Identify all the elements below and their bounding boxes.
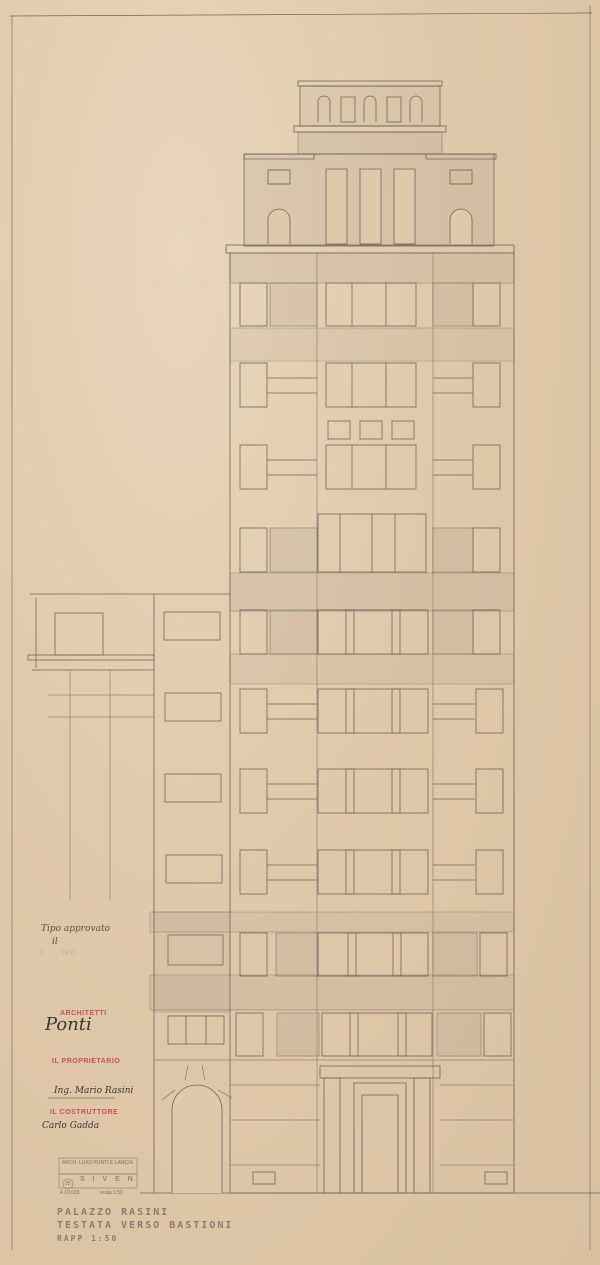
architect-signature: Ponti <box>45 1014 92 1035</box>
registry-header: ARCH. LUIGI PONTI E LANCIA <box>62 1160 133 1166</box>
builder-stamp: IL COSTRUTTORE <box>50 1109 118 1116</box>
registry-ref: 4.10.633 <box>60 1190 79 1196</box>
drawing-subtitle: TESTATA VERSO BASTIONI <box>57 1219 233 1232</box>
drawing-scale: RAPP 1:50 <box>57 1232 233 1245</box>
approval-note-line1: Tipo approvato <box>41 924 110 934</box>
owner-stamp: IL PROPRIETARIO <box>52 1058 120 1065</box>
drawing-title: PALAZZO RASINI <box>57 1206 233 1219</box>
owner-signature: Ing. Mario Rasini <box>54 1086 133 1096</box>
registry-number: 25 <box>65 1181 71 1187</box>
drawing-sheet: Tipo approvato il 1 . . . . 1935 ARCHITE… <box>0 0 600 1265</box>
title-block: PALAZZO RASINI TESTATA VERSO BASTIONI RA… <box>57 1206 233 1245</box>
approval-date-stamp: 1 . . . . 1935 <box>40 950 76 957</box>
registry-scale: scala 1:50 <box>100 1190 123 1196</box>
approval-note-line2: il <box>52 937 58 947</box>
registry-line: S I V E N <box>80 1176 136 1183</box>
elevation-drawing <box>0 0 600 1265</box>
builder-signature: Carlo Gadda <box>42 1121 99 1131</box>
